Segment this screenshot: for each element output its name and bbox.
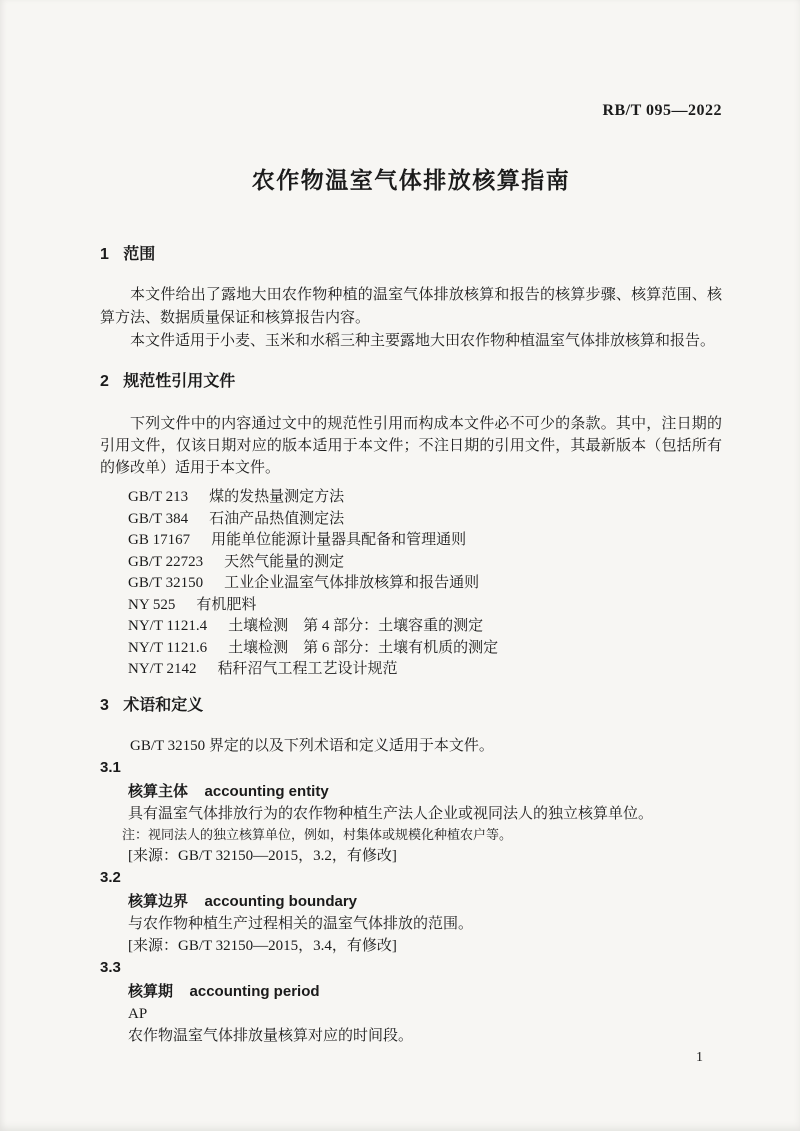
reference-item: GB/T 384石油产品热值测定法 bbox=[100, 509, 722, 531]
reference-code: NY/T 1121.6 bbox=[128, 640, 207, 656]
term-zh: 核算期 bbox=[128, 983, 173, 1000]
reference-code: GB/T 384 bbox=[128, 511, 188, 527]
section-heading-terms-definitions: 3术语和定义 bbox=[100, 697, 722, 715]
section-heading-normative-references: 2规范性引用文件 bbox=[100, 373, 722, 391]
term-block: 3.3 核算期accounting period AP 农作物温室气体排放量核算… bbox=[100, 957, 722, 1047]
reference-title: 用能单位能源计量器具配备和管理通则 bbox=[211, 532, 466, 548]
term-name: 核算边界accounting boundary bbox=[100, 891, 722, 913]
reference-item: NY 525有机肥料 bbox=[100, 595, 722, 617]
reference-item: NY/T 1121.4土壤检测 第 4 部分：土壤容重的测定 bbox=[100, 616, 722, 638]
reference-item: NY/T 2142秸秆沼气工程工艺设计规范 bbox=[100, 659, 722, 681]
section-number: 1 bbox=[100, 246, 109, 263]
section-heading-scope: 1范围 bbox=[100, 246, 722, 264]
reference-code: NY/T 2142 bbox=[128, 661, 196, 677]
reference-title: 煤的发热量测定方法 bbox=[209, 489, 344, 505]
term-note: 注：视同法人的独立核算单位，例如，村集体或规模化种植农户等。 bbox=[100, 825, 722, 845]
term-definition: 具有温室气体排放行为的农作物种植生产法人企业或视同法人的独立核算单位。 bbox=[100, 803, 722, 825]
term-zh: 核算主体 bbox=[128, 783, 188, 800]
term-name: 核算主体accounting entity bbox=[100, 781, 722, 803]
page-content: RB/T 095—2022 农作物温室气体排放核算指南 1范围 本文件给出了露地… bbox=[100, 0, 722, 1047]
reference-code: NY/T 1121.4 bbox=[128, 618, 207, 634]
reference-title: 土壤检测 第 6 部分：土壤有机质的测定 bbox=[228, 640, 498, 656]
term-number: 3.3 bbox=[100, 957, 722, 979]
terms-intro: GB/T 32150 界定的以及下列术语和定义适用于本文件。 bbox=[100, 735, 722, 757]
term-source: [来源：GB/T 32150—2015，3.2，有修改] bbox=[100, 845, 722, 867]
term-block: 3.1 核算主体accounting entity 具有温室气体排放行为的农作物… bbox=[100, 757, 722, 867]
term-en: accounting entity bbox=[205, 783, 329, 800]
term-en: accounting period bbox=[190, 983, 320, 1000]
reference-code: GB/T 22723 bbox=[128, 554, 203, 570]
term-number: 3.1 bbox=[100, 757, 722, 779]
section-label: 规范性引用文件 bbox=[123, 373, 235, 390]
paragraph: 本文件给出了露地大田农作物种植的温室气体排放核算和报告的核算步骤、核算范围、核算… bbox=[100, 284, 722, 330]
term-block: 3.2 核算边界accounting boundary 与农作物种植生产过程相关… bbox=[100, 867, 722, 957]
section-number: 3 bbox=[100, 697, 109, 714]
reference-code: NY 525 bbox=[128, 597, 175, 613]
page-number: 1 bbox=[696, 1050, 703, 1066]
term-name: 核算期accounting period bbox=[100, 981, 722, 1003]
reference-item: GB 17167用能单位能源计量器具配备和管理通则 bbox=[100, 530, 722, 552]
term-number: 3.2 bbox=[100, 867, 722, 889]
document-title: 农作物温室气体排放核算指南 bbox=[100, 167, 722, 194]
reference-title: 工业企业温室气体排放核算和报告通则 bbox=[224, 575, 479, 591]
reference-item: GB/T 22723天然气能量的测定 bbox=[100, 552, 722, 574]
reference-item: NY/T 1121.6土壤检测 第 6 部分：土壤有机质的测定 bbox=[100, 638, 722, 660]
term-en: accounting boundary bbox=[205, 893, 358, 910]
standard-number: RB/T 095—2022 bbox=[100, 0, 722, 120]
reference-title: 秸秆沼气工程工艺设计规范 bbox=[217, 661, 397, 677]
reference-code: GB/T 32150 bbox=[128, 575, 203, 591]
reference-title: 土壤检测 第 4 部分：土壤容重的测定 bbox=[228, 618, 483, 634]
section-number: 2 bbox=[100, 373, 109, 390]
reference-title: 石油产品热值测定法 bbox=[209, 511, 344, 527]
term-abbreviation: AP bbox=[100, 1003, 722, 1025]
term-definition: 农作物温室气体排放量核算对应的时间段。 bbox=[100, 1025, 722, 1047]
reference-code: GB 17167 bbox=[128, 532, 190, 548]
reference-title: 有机肥料 bbox=[196, 597, 256, 613]
term-source: [来源：GB/T 32150—2015，3.4，有修改] bbox=[100, 935, 722, 957]
term-zh: 核算边界 bbox=[128, 893, 188, 910]
paragraph: 本文件适用于小麦、玉米和水稻三种主要露地大田农作物种植温室气体排放核算和报告。 bbox=[100, 330, 722, 353]
reference-code: GB/T 213 bbox=[128, 489, 188, 505]
reference-title: 天然气能量的测定 bbox=[224, 554, 344, 570]
reference-item: GB/T 32150工业企业温室气体排放核算和报告通则 bbox=[100, 573, 722, 595]
document-page: RB/T 095—2022 农作物温室气体排放核算指南 1范围 本文件给出了露地… bbox=[0, 0, 800, 1131]
term-definition: 与农作物种植生产过程相关的温室气体排放的范围。 bbox=[100, 913, 722, 935]
section-label: 范围 bbox=[123, 246, 155, 263]
paragraph: 下列文件中的内容通过文中的规范性引用而构成本文件必不可少的条款。其中，注日期的引… bbox=[100, 413, 722, 479]
section-label: 术语和定义 bbox=[123, 697, 203, 714]
reference-item: GB/T 213煤的发热量测定方法 bbox=[100, 487, 722, 509]
reference-list: GB/T 213煤的发热量测定方法 GB/T 384石油产品热值测定法 GB 1… bbox=[100, 487, 722, 681]
